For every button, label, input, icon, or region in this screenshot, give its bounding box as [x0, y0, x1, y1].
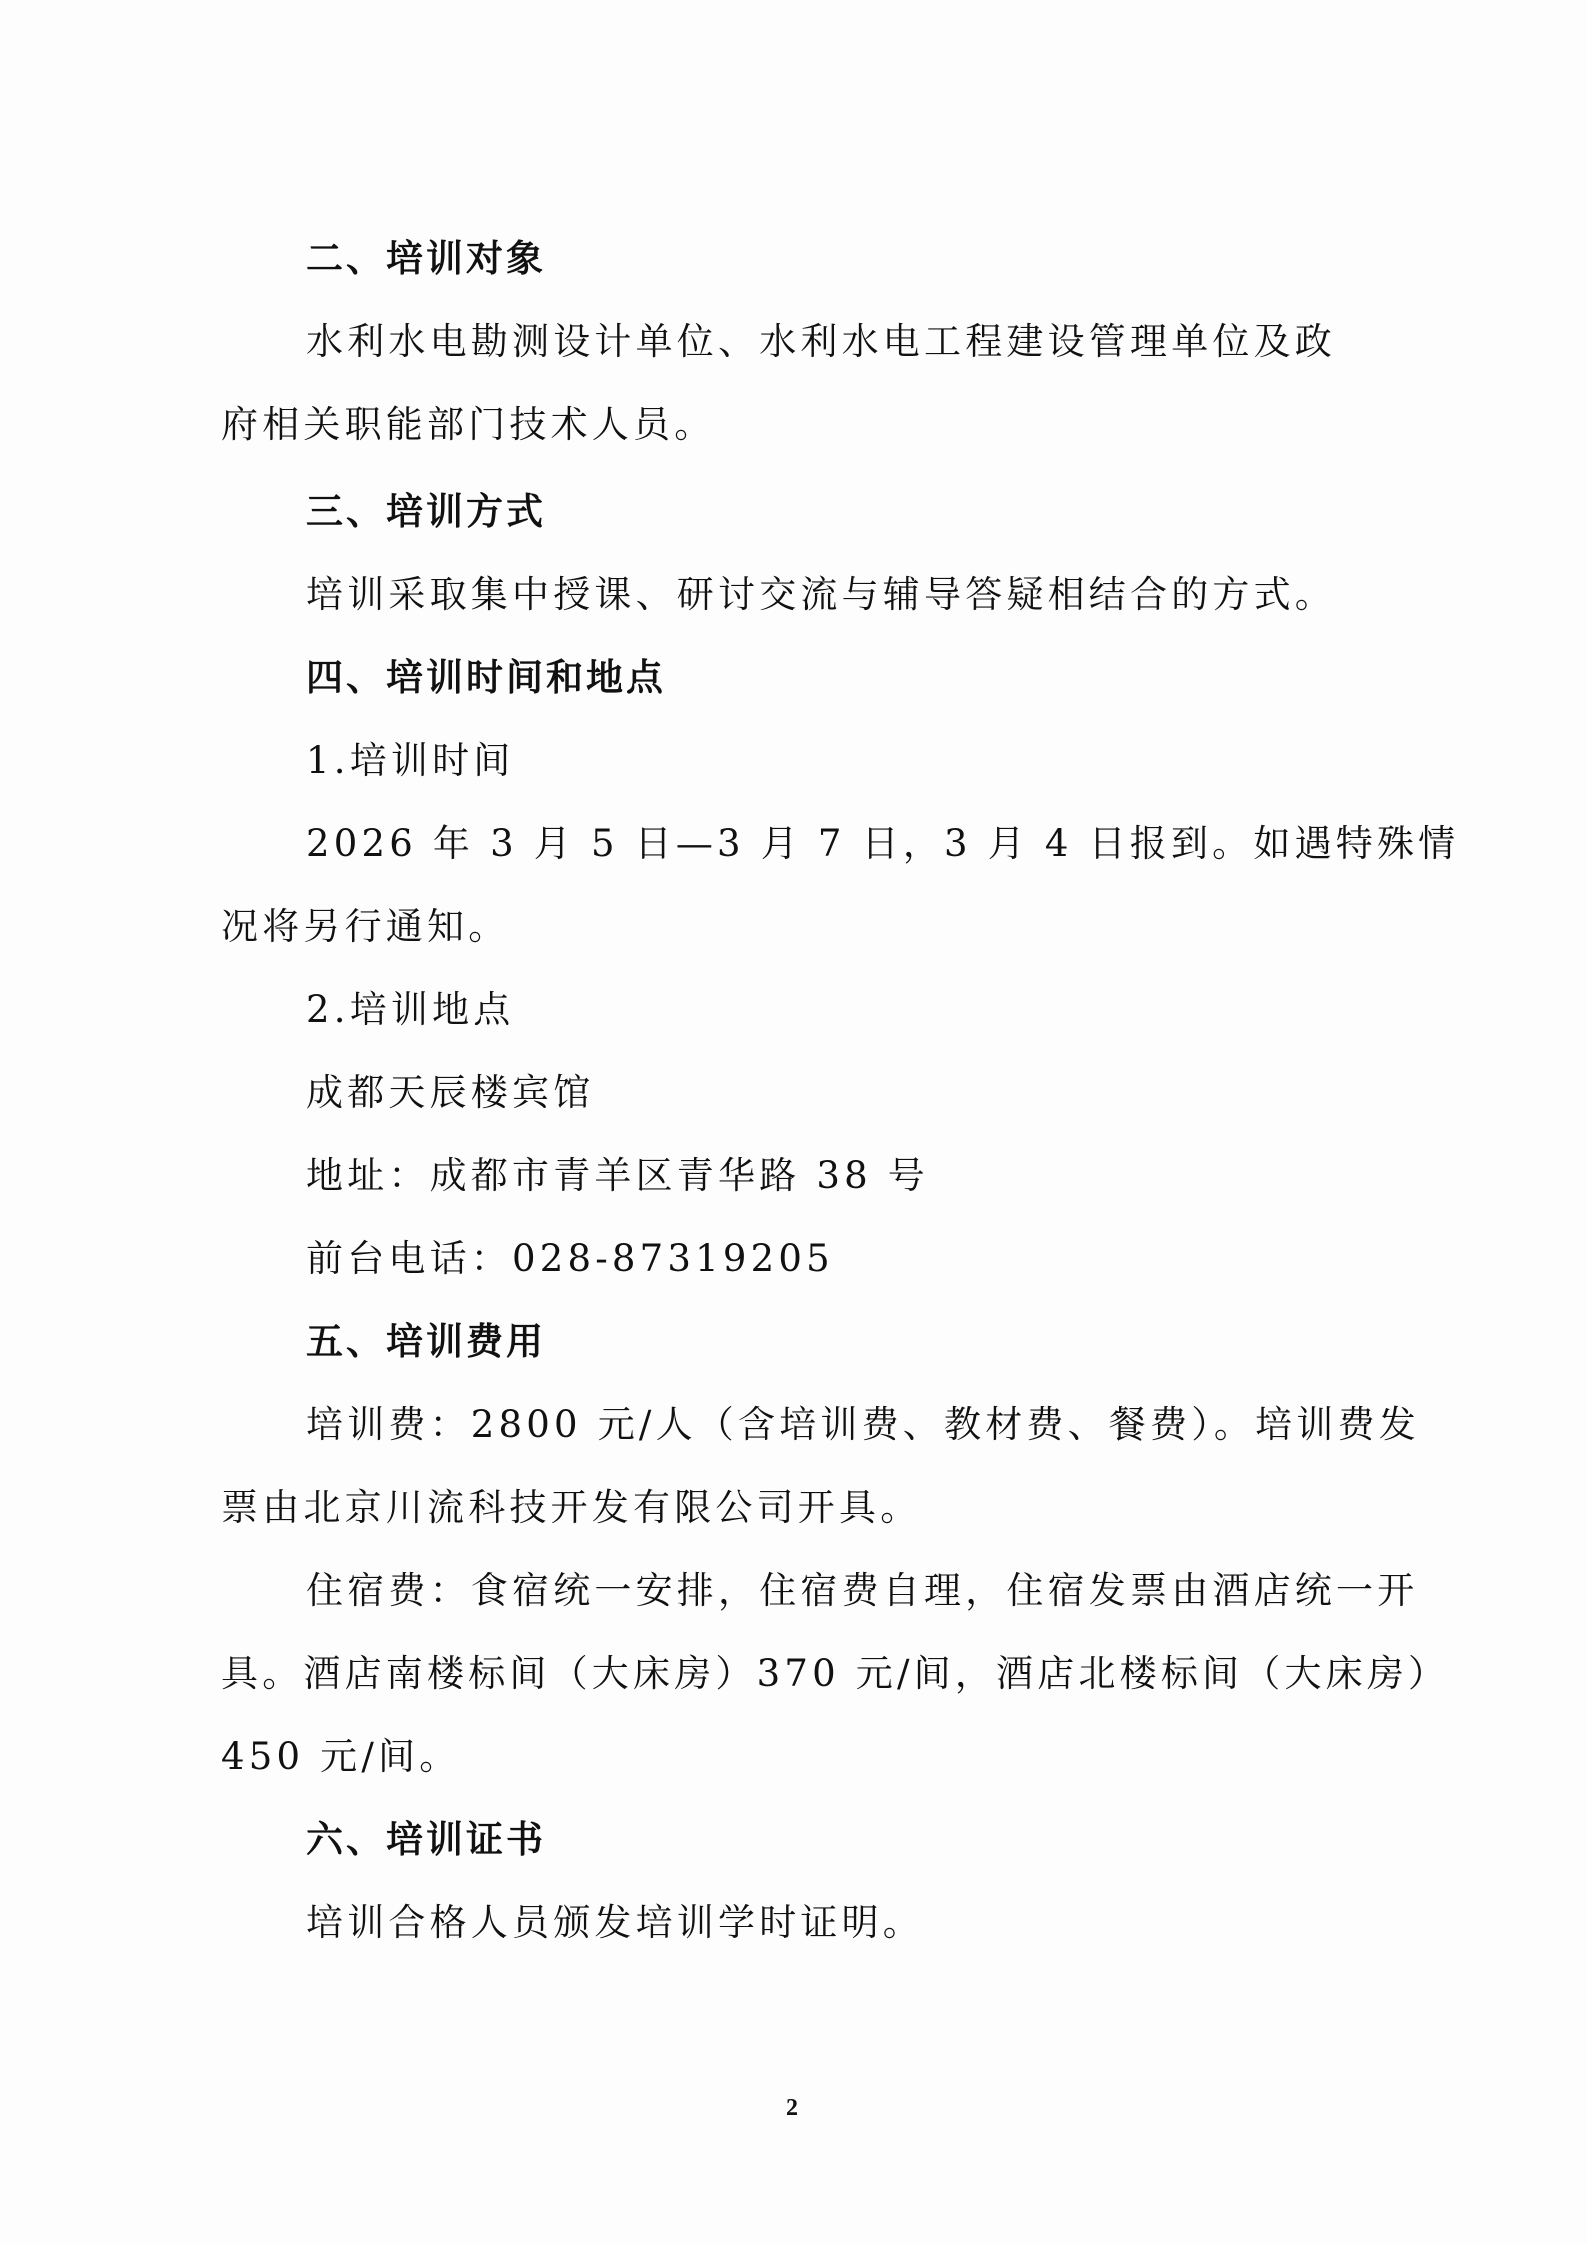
subsection-title-time: 1.培训时间: [306, 739, 515, 783]
paragraph-line: 培训费：2800 元/人（含培训费、教材费、餐费）。培训费发: [306, 1403, 1420, 1447]
section-heading-fees: 五、培训费用: [306, 1320, 546, 1364]
paragraph-line: 票由北京川流科技开发有限公司开具。: [221, 1486, 921, 1530]
section-heading-time-place: 四、培训时间和地点: [306, 656, 666, 700]
paragraph-line: 府相关职能部门技术人员。: [221, 403, 715, 447]
section-heading-method: 三、培训方式: [306, 490, 546, 534]
venue-address: 地址：成都市青羊区青华路 38 号: [306, 1154, 929, 1198]
paragraph-line: 住宿费：食宿统一安排，住宿费自理，住宿发票由酒店统一开: [306, 1569, 1418, 1613]
section-heading-trainees: 二、培训对象: [306, 237, 546, 281]
paragraph-line: 450 元/间。: [221, 1735, 460, 1779]
paragraph-line: 培训采取集中授课、研讨交流与辅导答疑相结合的方式。: [306, 573, 1336, 617]
paragraph-line: 2026 年 3 月 5 日—3 月 7 日，3 月 4 日报到。如遇特殊情: [306, 822, 1459, 866]
paragraph-line: 培训合格人员颁发培训学时证明。: [306, 1901, 924, 1945]
paragraph-line: 具。酒店南楼标间（大床房）370 元/间，酒店北楼标间（大床房）: [221, 1652, 1449, 1696]
subsection-title-place: 2.培训地点: [306, 988, 515, 1032]
paragraph-line: 水利水电勘测设计单位、水利水电工程建设管理单位及政: [306, 320, 1336, 364]
venue-name: 成都天辰楼宾馆: [306, 1071, 594, 1115]
document-page: 二、培训对象 水利水电勘测设计单位、水利水电工程建设管理单位及政 府相关职能部门…: [0, 0, 1587, 2245]
paragraph-line: 况将另行通知。: [221, 905, 509, 949]
page-number: 2: [786, 2095, 798, 2122]
section-heading-certificate: 六、培训证书: [306, 1818, 546, 1862]
venue-phone: 前台电话：028-87319205: [306, 1237, 834, 1281]
